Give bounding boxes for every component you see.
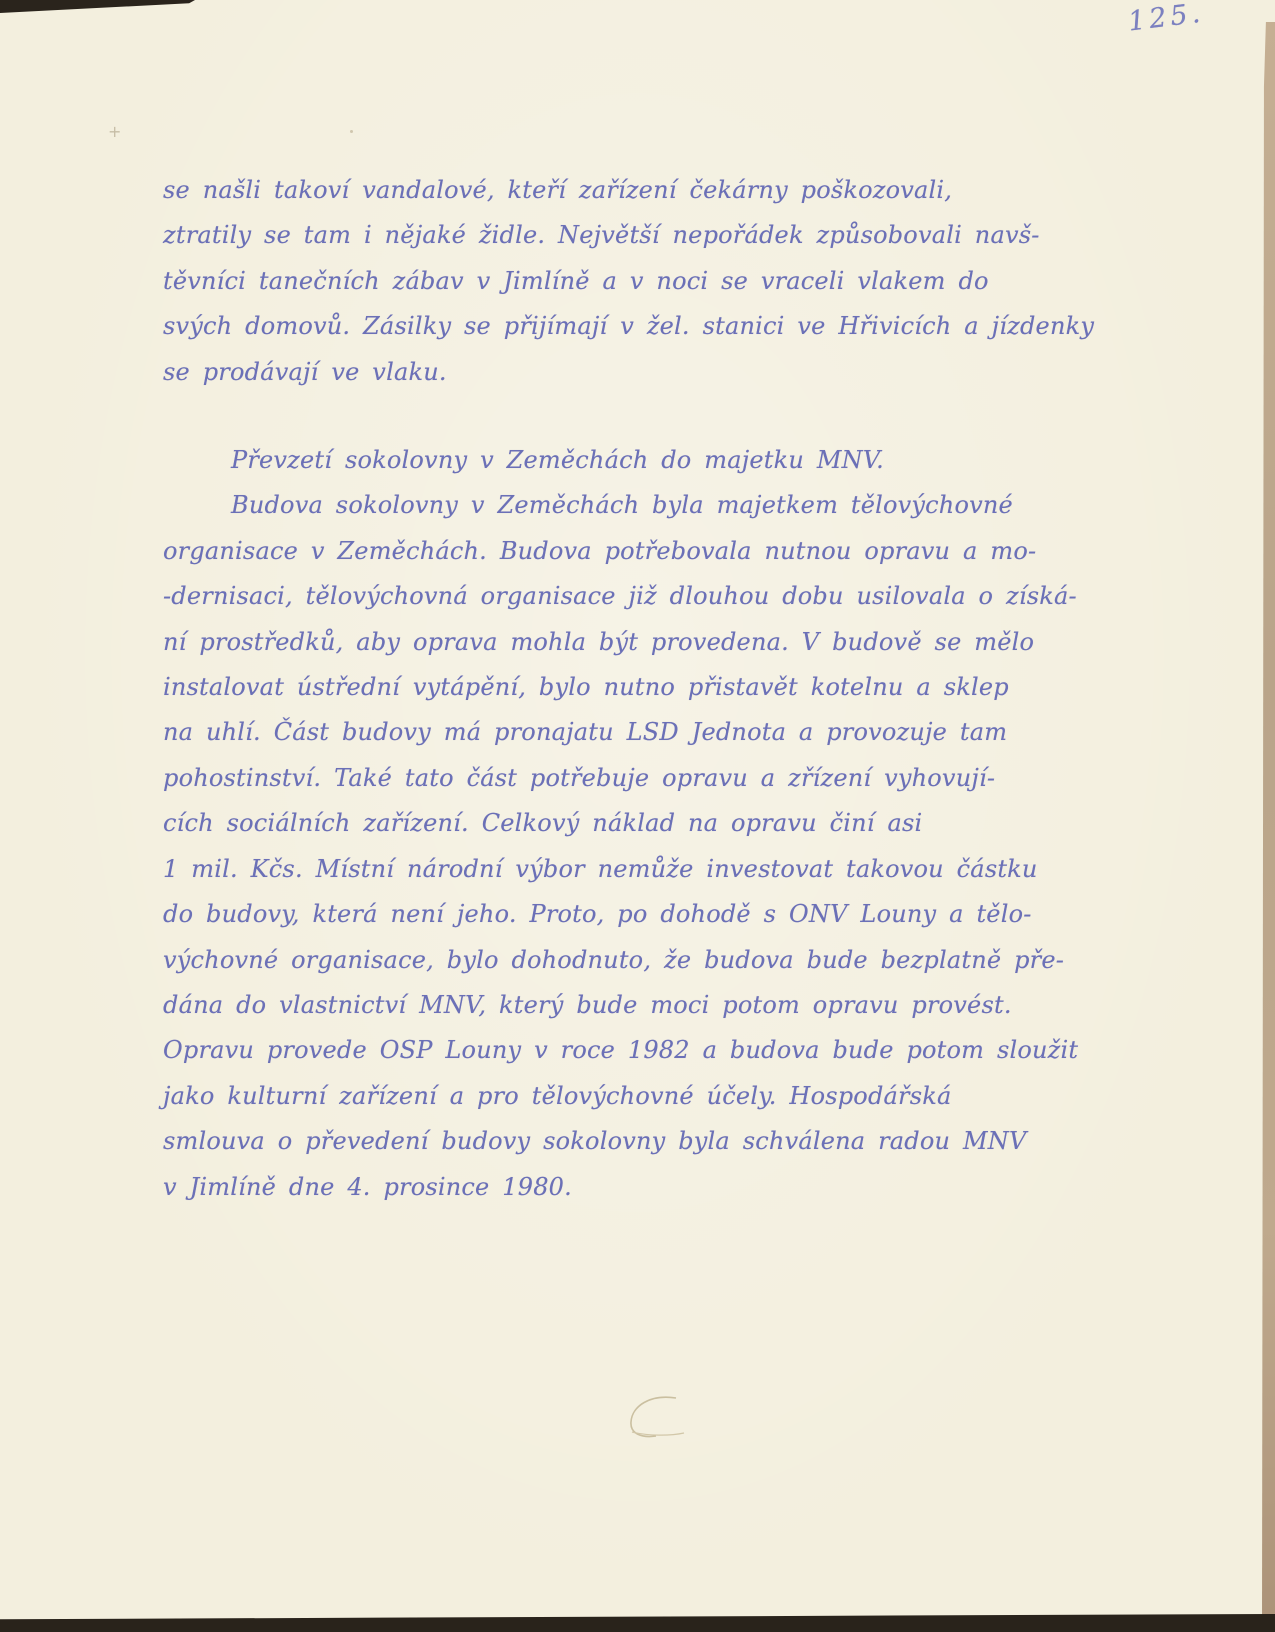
section-heading: Převzetí sokolovny v Zeměchách do majetk… xyxy=(163,438,1043,483)
book-page-edge-right xyxy=(1262,22,1275,1632)
section-line: organisace v Zeměchách. Budova potřebova… xyxy=(163,529,1043,574)
scanned-chronicle-page: 125. + se našli takoví vandalové, kteří … xyxy=(0,0,1275,1632)
section-line: na uhlí. Část budovy má pronajatu LSD Je… xyxy=(163,710,1043,755)
pencil-plus-mark: + xyxy=(108,122,121,141)
section-line: ní prostředků, aby oprava mohla být prov… xyxy=(163,620,1043,665)
section-line: smlouva o převedení budovy sokolovny byl… xyxy=(163,1119,1043,1164)
section-line: 1 mil. Kčs. Místní národní výbor nemůže … xyxy=(163,847,1043,892)
section-line: instalovat ústřední vytápění, bylo nutno… xyxy=(163,665,1043,710)
paragraph-gap xyxy=(163,395,1043,438)
section-line: výchovné organisace, bylo dohodnuto, že … xyxy=(163,938,1043,983)
section-line: v Jimlíně dne 4. prosince 1980. xyxy=(163,1165,1043,1210)
pencil-arc-mark xyxy=(598,1392,708,1452)
section-line: dána do vlastnictví MNV, který bude moci… xyxy=(163,983,1043,1028)
section-line: Budova sokolovny v Zeměchách byla majetk… xyxy=(163,483,1043,528)
section-line: do budovy, která není jeho. Proto, po do… xyxy=(163,892,1043,937)
paragraph1-line: ztratily se tam i nějaké židle. Největší… xyxy=(163,213,1043,258)
page-number: 125. xyxy=(1126,0,1205,38)
paragraph1-line: těvníci tanečních zábav v Jimlíně a v no… xyxy=(163,259,1043,304)
scan-edge-bottom xyxy=(0,1610,1275,1632)
section-line: cích sociálních zařízení. Celkový náklad… xyxy=(163,801,1043,846)
paragraph1-line: se prodávají ve vlaku. xyxy=(163,350,1043,395)
section-line: -dernisaci, tělovýchovná organisace již … xyxy=(163,574,1043,619)
paper-speck xyxy=(350,130,353,133)
section-line: jako kulturní zařízení a pro tělovýchovn… xyxy=(163,1074,1043,1119)
section-line: pohostinství. Také tato část potřebuje o… xyxy=(163,756,1043,801)
paragraph1-line: svých domovů. Zásilky se přijímají v žel… xyxy=(163,304,1043,349)
scan-edge-top-left xyxy=(0,0,195,13)
paragraph1-line: se našli takoví vandalové, kteří zařízen… xyxy=(163,168,1043,213)
handwritten-text-block: se našli takoví vandalové, kteří zařízen… xyxy=(163,168,1043,1210)
section-line: Opravu provede OSP Louny v roce 1982 a b… xyxy=(163,1028,1043,1073)
